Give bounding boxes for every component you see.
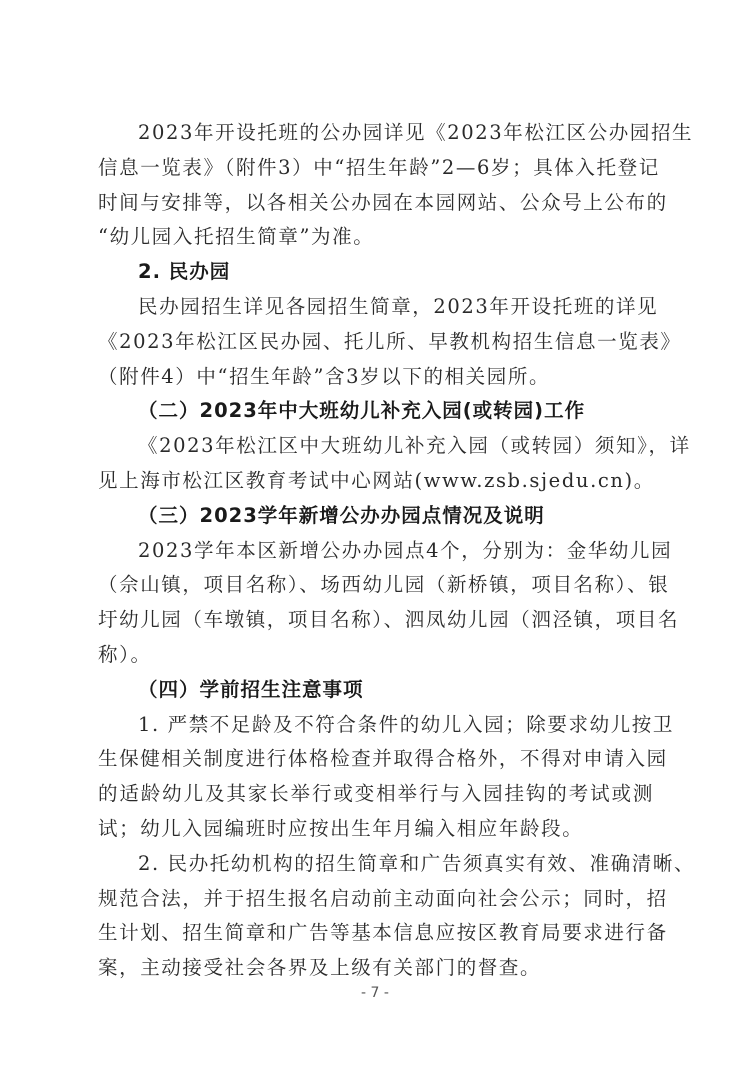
section-heading: （三）2023学年新增公办办园点情况及说明 bbox=[138, 501, 654, 531]
section-heading: 2. 民办园 bbox=[138, 257, 654, 287]
text-line: 2023年开设托班的公办园详见《2023年松江区公办园招生 bbox=[138, 118, 654, 148]
text-line: 试；幼儿入园编班时应按出生年月编入相应年龄段。 bbox=[98, 814, 654, 844]
scan-speck bbox=[247, 965, 248, 966]
text-line: “幼儿园入托招生简章”为准。 bbox=[98, 222, 654, 252]
text-line: 的适龄幼儿及其家长举行或变相举行与入园挂钩的考试或测 bbox=[98, 779, 654, 809]
text-line: （附件4）中“招生年龄”含3岁以下的相关园所。 bbox=[98, 362, 654, 392]
text-line: （佘山镇，项目名称）、场西幼儿园（新桥镇，项目名称）、银 bbox=[98, 570, 654, 600]
text-line: 《2023年松江区中大班幼儿补充入园（或转园）须知》，详 bbox=[138, 431, 654, 461]
text-line: 称）。 bbox=[98, 640, 654, 670]
section-heading: （四）学前招生注意事项 bbox=[138, 675, 654, 705]
page-number: - 7 - bbox=[0, 985, 750, 1001]
text-line: 《2023年松江区民办园、托儿所、早教机构招生信息一览表》 bbox=[98, 327, 654, 357]
text-line: 2. 民办托幼机构的招生简章和广告须真实有效、准确清晰、 bbox=[138, 849, 654, 879]
text-line: 见上海市松江区教育考试中心网站(www.zsb.sjedu.cn)。 bbox=[98, 466, 654, 496]
text-line: 2023学年本区新增公办办园点4个，分别为：金华幼儿园 bbox=[138, 536, 654, 566]
text-line: 生计划、招生简章和广告等基本信息应按区教育局要求进行备 bbox=[98, 918, 654, 948]
text-line: 民办园招生详见各园招生简章，2023年开设托班的详见 bbox=[138, 292, 654, 322]
text-line: 案，主动接受社会各界及上级有关部门的督查。 bbox=[98, 953, 654, 983]
text-line: 信息一览表》（附件3）中“招生年龄”2—6岁；具体入托登记 bbox=[98, 153, 654, 183]
text-line: 规范合法，并于招生报名启动前主动面向社会公示；同时，招 bbox=[98, 884, 654, 914]
text-line: 1. 严禁不足龄及不符合条件的幼儿入园；除要求幼儿按卫 bbox=[138, 710, 654, 740]
text-line: 时间与安排等，以各相关公办园在本园网站、公众号上公布的 bbox=[98, 188, 654, 218]
text-line: 圩幼儿园（车墩镇，项目名称）、泗凤幼儿园（泗泾镇，项目名 bbox=[98, 605, 654, 635]
section-heading: （二）2023年中大班幼儿补充入园(或转园)工作 bbox=[138, 396, 654, 426]
text-line: 生保健相关制度进行体格检查并取得合格外，不得对申请入园 bbox=[98, 744, 654, 774]
